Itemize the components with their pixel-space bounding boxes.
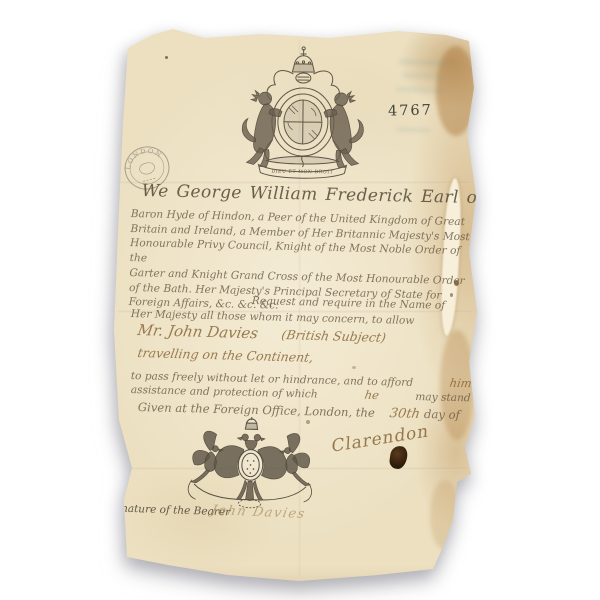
pass-him: him bbox=[449, 376, 473, 390]
paper-shadow: DIEU ET MON DROIT 4767 LONDON We bbox=[0, 0, 600, 600]
pass-printed-2: assistance and protection of which bbox=[131, 384, 318, 401]
bearer-status: (British Subject) bbox=[280, 327, 387, 345]
bleed-through bbox=[396, 87, 444, 93]
bearer-signature: John Davies bbox=[210, 503, 308, 522]
issue-day: 30th bbox=[389, 406, 422, 422]
wax-seal bbox=[388, 445, 408, 470]
photo-background: DIEU ET MON DROIT 4767 LONDON We bbox=[0, 0, 600, 600]
travel-line-wrap: travelling on the Continent, bbox=[138, 345, 314, 365]
passport-document: DIEU ET MON DROIT 4767 LONDON We bbox=[0, 0, 600, 600]
speck bbox=[352, 366, 356, 369]
bleed-through bbox=[402, 73, 446, 79]
document-number: 4767 bbox=[388, 102, 433, 119]
travel-line: travelling on the Continent, bbox=[137, 345, 315, 365]
issue-dayof: day of bbox=[424, 407, 460, 422]
issue-date: July 1853 bbox=[480, 408, 545, 424]
document-heading: We George William Frederick Earl of Clar… bbox=[142, 181, 586, 210]
bearer-name: Mr. John Davies bbox=[136, 321, 259, 342]
pass-every: every bbox=[517, 378, 551, 393]
stain bbox=[430, 480, 460, 550]
royal-arms-motto: DIEU ET MON DROIT bbox=[271, 169, 333, 176]
speck bbox=[165, 56, 168, 59]
royal-coat-of-arms-icon: DIEU ET MON DROIT bbox=[212, 43, 393, 180]
bleed-through bbox=[396, 127, 430, 132]
minister-signature: Clarendon bbox=[331, 421, 430, 457]
pass-he: he bbox=[363, 388, 380, 402]
bleed-through bbox=[398, 59, 450, 66]
pass-printed-3: may stand in need. bbox=[415, 391, 517, 405]
